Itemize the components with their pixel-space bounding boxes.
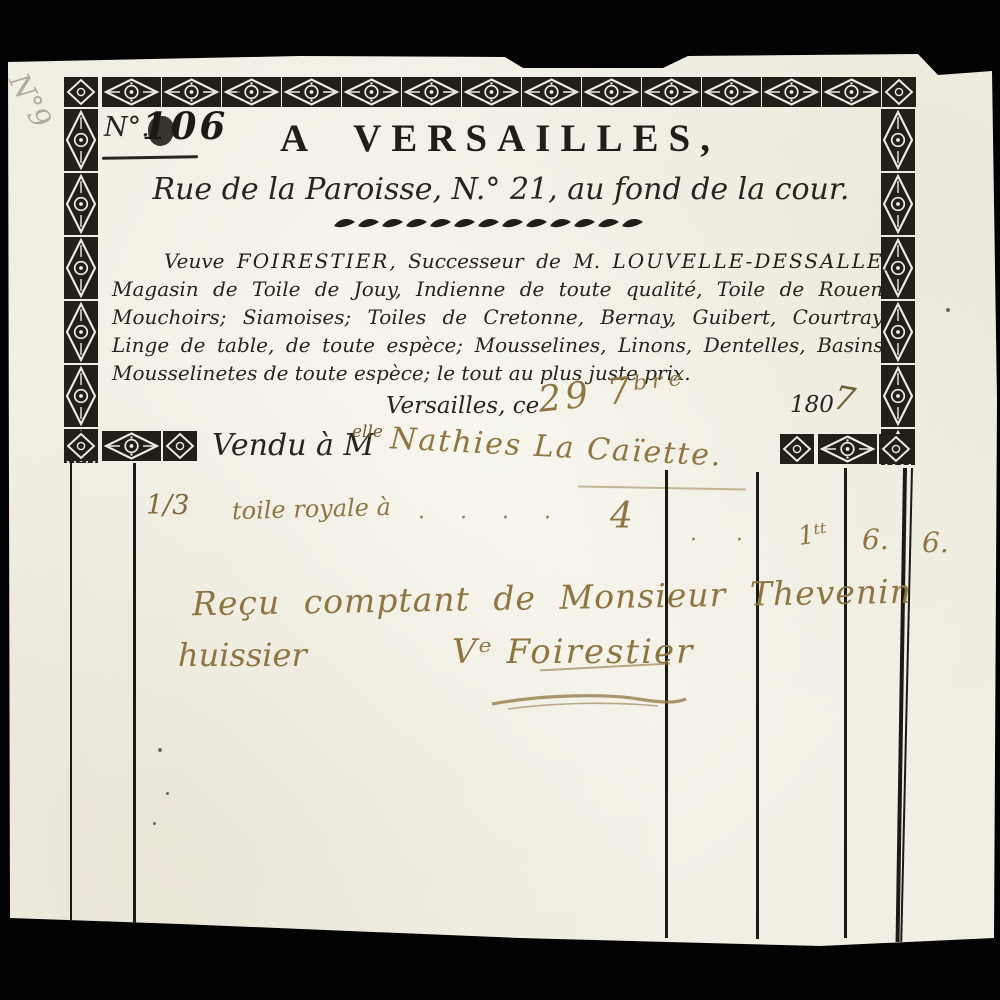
ink-speck [237,89,241,93]
stray-mark-dot: · [508,24,513,43]
customer-name-flourish [578,486,746,491]
merchant-line-2: Magasin de Toile de Jouy, Indienne de to… [112,276,890,302]
pencil-note: N°9 [2,68,58,133]
receipt-line-1: Reçu comptant de Monsieur Thevenin [192,572,913,624]
paper-speck [166,792,169,795]
border-bottom-left-ornament [64,431,198,461]
merchant-line-5: Mousselinetes de toute espèce; le tout a… [112,360,890,386]
merchant-line1-veuve: Veuve [164,249,237,273]
item-amount: 4 [610,496,633,537]
paper-sheet: N°9 · ’ N°. 106 A VERSAILLES, Rue de la … [0,0,1000,1000]
border-bottom-right-ornament [780,434,914,464]
invoice-number-underline [102,155,198,160]
ruled-line [70,463,72,921]
merchant-line-4: Linge de table, de toute espèce; Moussel… [112,332,890,358]
sold-to-printed: Vendu à M [212,428,374,463]
shop-city-title: A VERSAILLES, [250,116,750,161]
merchant-name: FOIRESTIER [237,249,389,273]
shop-address: Rue de la Paroisse, N.° 21, au fond de l… [112,172,890,207]
stray-mark-tick: ’ [794,32,808,58]
item-leader-dots: · · · · [418,506,565,531]
ruled-line [133,463,136,931]
wavy-divider [334,217,654,231]
item-leader-dots-2: · · [690,528,759,553]
predecessor-name: LOUVELLE-DESSALLE [612,249,883,273]
customer-name: Nathies La Caïette. [389,421,723,473]
merchant-line-1: Veuve FOIRESTIER, Successeur de M. LOUVE… [112,248,890,274]
merchant-line1-successeur: , Successeur de M. [389,249,612,273]
item-description: toile royale à [232,493,392,525]
signature-flourish [486,690,696,714]
border-top-ornament [64,77,916,107]
merchant-line1-comma: , [884,249,890,273]
item-price-livres: 1ᵗᵗ [796,518,829,552]
border-left-ornament [64,109,98,463]
item-price-sous: 6. [862,523,889,556]
ruled-line [844,468,847,938]
scanned-invoice-photo: N°9 · ’ N°. 106 A VERSAILLES, Rue de la … [0,0,1000,1000]
dateline-place: Versailles, ce [386,393,539,419]
item-price-deniers: 6. [922,526,949,559]
paper-speck [158,748,162,752]
item-quantity: 1/3 [146,490,189,521]
merchant-line-3: Mouchoirs; Siamoises; Toiles de Cretonne… [112,304,890,330]
receipt-line-2: huissier [178,636,307,674]
sold-to-superscript: elle [352,422,383,442]
dateline-year-printed: 180 [790,392,834,418]
signature: Vᵉ Foirestier [452,632,694,672]
paper-speck [153,822,156,825]
paper-speck [946,308,950,312]
